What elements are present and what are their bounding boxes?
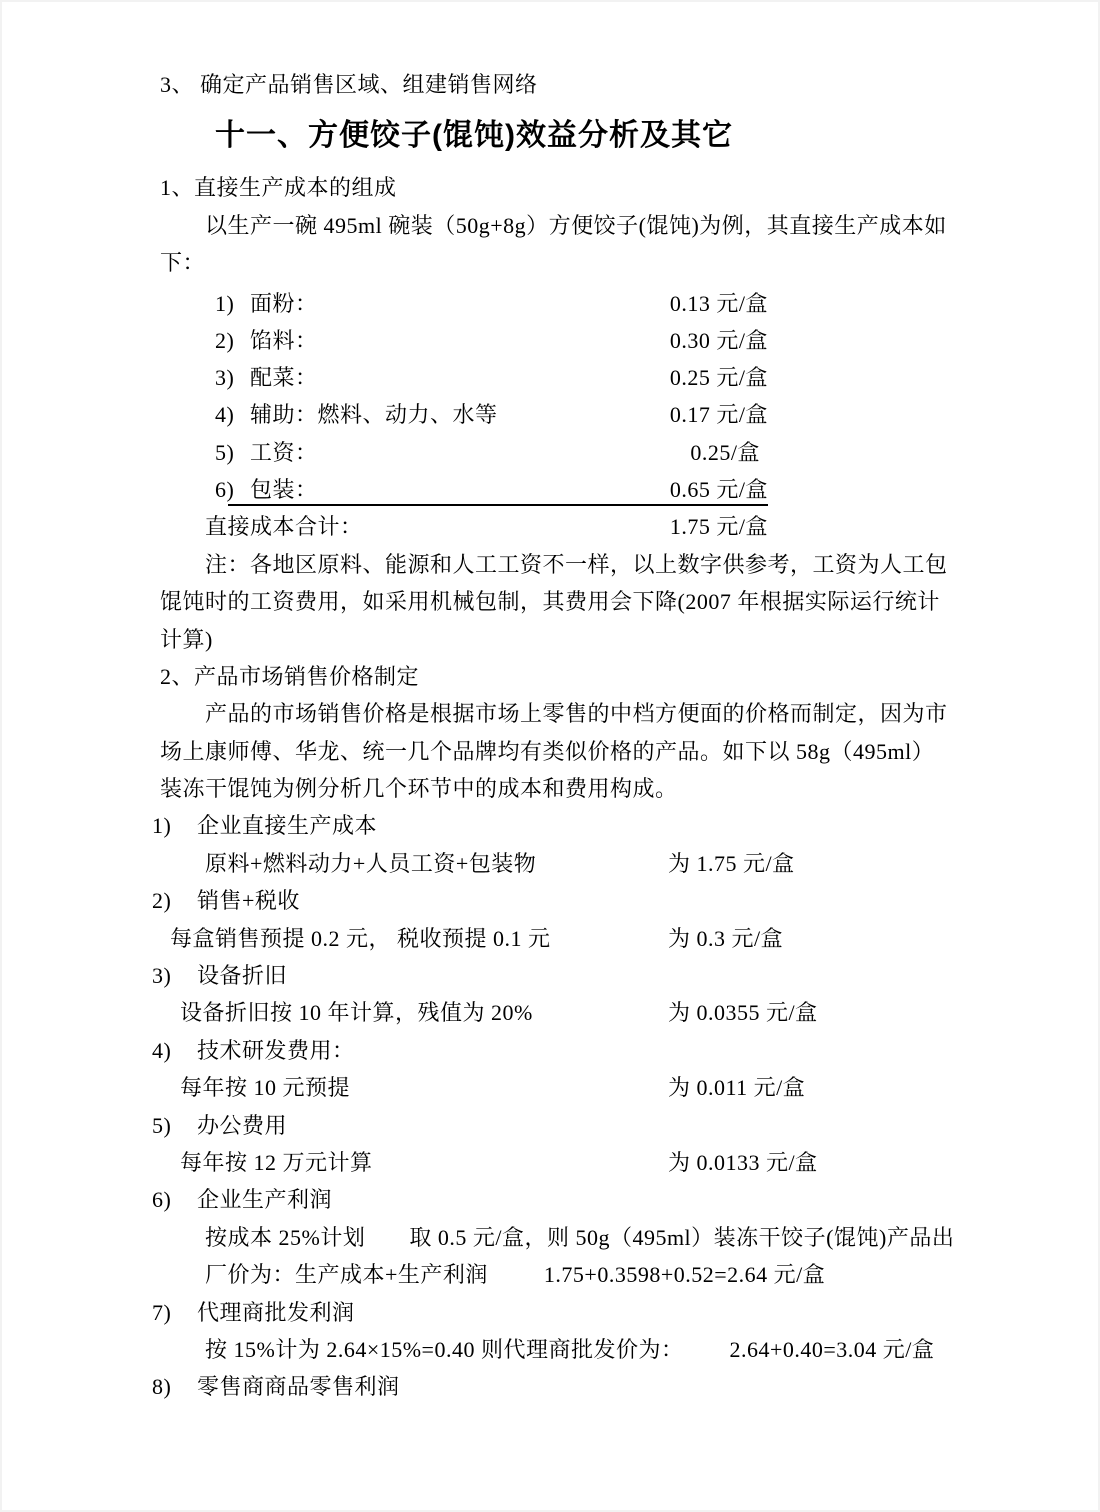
- analysis-item-3-detail: 设备折旧按 10 年计算，残值为 20% 为 0.0355 元/盒: [160, 994, 980, 1031]
- item-number: 8): [152, 1368, 197, 1405]
- item-number: 3): [152, 957, 197, 994]
- document-page: 3、 确定产品销售区域、组建销售网络 十一、方便饺子(馄饨)效益分析及其它 1、…: [0, 0, 1100, 1512]
- cost-row-value: 0.25/盒: [690, 434, 760, 471]
- cost-row-value: 0.17 元/盒: [670, 396, 768, 433]
- analysis-item-1-head: 1) 企业直接生产成本: [160, 807, 980, 844]
- cost-row-number: 3): [215, 359, 250, 396]
- cost-row-label: 辅助：燃料、动力、水等: [250, 396, 498, 433]
- item-detail-right: 1.75+0.3598+0.52=2.64 元/盒: [544, 1262, 825, 1287]
- analysis-item-6-head: 6) 企业生产利润: [160, 1181, 980, 1218]
- cost-row-packaging: 6) 包装： 0.65 元/盒: [160, 471, 768, 508]
- cost-row-label: 馅料：: [250, 322, 318, 359]
- cost-row-wages: 5) 工资： 0.25/盒: [160, 434, 768, 471]
- cost-row-flour: 1) 面粉： 0.13 元/盒: [160, 285, 768, 322]
- item-detail-left: 按成本 25%计划: [205, 1225, 365, 1250]
- analysis-item-3-head: 3) 设备折旧: [160, 957, 980, 994]
- item-detail-right: 取 0.5 元/盒，则 50g（495ml）装冻干饺子(馄饨)产品出: [409, 1225, 954, 1250]
- cost-row-value: 0.13 元/盒: [670, 285, 768, 322]
- cost-row-auxiliary: 4) 辅助：燃料、动力、水等 0.17 元/盒: [160, 396, 768, 433]
- cost-row-value: 0.65 元/盒: [670, 471, 768, 508]
- note-line3: 计算): [160, 621, 980, 658]
- item-number: 1): [152, 807, 197, 844]
- item-detail-right: 2.64+0.40=3.04 元/盒: [729, 1337, 934, 1362]
- note-line2: 馄饨时的工资费用，如采用机械包制，其费用会下降(2007 年根据实际运行统计: [160, 583, 980, 620]
- item-title: 设备折旧: [197, 957, 287, 994]
- item-title: 零售商商品零售利润: [197, 1368, 400, 1405]
- cost-row-number: 2): [215, 322, 250, 359]
- item-title: 代理商批发利润: [197, 1294, 355, 1331]
- list-item-3-sales-region: 3、 确定产品销售区域、组建销售网络: [160, 66, 980, 103]
- item-value: 为 0.0355 元/盒: [668, 994, 818, 1031]
- note-line1: 注：各地区原料、能源和人工工资不一样，以上数字供参考，工资为人工包: [160, 546, 980, 583]
- analysis-item-6-line1: 按成本 25%计划 取 0.5 元/盒，则 50g（495ml）装冻干饺子(馄饨…: [160, 1219, 980, 1256]
- analysis-item-6-line2: 厂价为：生产成本+生产利润 1.75+0.3598+0.52=2.64 元/盒: [160, 1256, 980, 1293]
- section1-intro-line2: 下：: [160, 244, 980, 281]
- cost-row-number: 1): [215, 285, 250, 322]
- section2-intro-line1: 产品的市场销售价格是根据市场上零售的中档方便面的价格而制定，因为市: [160, 695, 980, 732]
- item-detail-left: 按 15%计为 2.64×15%=0.40 则代理商批发价为：: [205, 1337, 683, 1362]
- analysis-item-4-head: 4) 技术研发费用：: [160, 1032, 980, 1069]
- section2-title: 2、产品市场销售价格制定: [160, 658, 980, 695]
- cost-total-value: 1.75 元/盒: [670, 508, 768, 545]
- section2-intro-line3: 装冻干馄饨为例分析几个环节中的成本和费用构成。: [160, 770, 980, 807]
- item-number: 4): [152, 1032, 197, 1069]
- sum-rule-line: [228, 504, 768, 506]
- item-value: 为 1.75 元/盒: [668, 845, 795, 882]
- item-number: 7): [152, 1294, 197, 1331]
- analysis-item-2-detail: 每盒销售预提 0.2 元， 税收预提 0.1 元 为 0.3 元/盒: [160, 920, 980, 957]
- item-title: 销售+税收: [197, 882, 300, 919]
- item-value: 为 0.3 元/盒: [668, 920, 783, 957]
- analysis-item-8-head: 8) 零售商商品零售利润: [160, 1368, 980, 1405]
- page-title: 十一、方便饺子(馄饨)效益分析及其它: [215, 113, 980, 159]
- cost-total-label: 直接成本合计：: [205, 508, 363, 545]
- item-title: 企业直接生产成本: [197, 807, 377, 844]
- cost-row-label: 配菜：: [250, 359, 318, 396]
- item-number: 5): [152, 1107, 197, 1144]
- cost-row-value: 0.30 元/盒: [670, 322, 768, 359]
- item-detail-left: 厂价为：生产成本+生产利润: [205, 1262, 488, 1287]
- item-title: 办公费用: [197, 1107, 287, 1144]
- cost-row-number: 5): [215, 434, 250, 471]
- analysis-item-1-detail: 原料+燃料动力+人员工资+包装物 为 1.75 元/盒: [160, 845, 980, 882]
- item-title: 企业生产利润: [197, 1181, 332, 1218]
- item-title: 技术研发费用：: [197, 1032, 355, 1069]
- analysis-item-2-head: 2) 销售+税收: [160, 882, 980, 919]
- cost-row-label: 面粉：: [250, 285, 318, 322]
- item-detail: 设备折旧按 10 年计算，残值为 20%: [180, 1000, 533, 1025]
- cost-row-side-dish: 3) 配菜： 0.25 元/盒: [160, 359, 768, 396]
- analysis-item-5-head: 5) 办公费用: [160, 1107, 980, 1144]
- analysis-item-4-detail: 每年按 10 元预提 为 0.011 元/盒: [160, 1069, 980, 1106]
- item-detail: 每年按 12 万元计算: [180, 1150, 373, 1175]
- cost-row-filling: 2) 馅料： 0.30 元/盒: [160, 322, 768, 359]
- cost-row-label: 包装：: [250, 471, 318, 508]
- analysis-item-5-detail: 每年按 12 万元计算 为 0.0133 元/盒: [160, 1144, 980, 1181]
- item-number: 6): [152, 1181, 197, 1218]
- item-detail: 每盒销售预提 0.2 元， 税收预提 0.1 元: [170, 926, 551, 951]
- item-detail: 每年按 10 元预提: [180, 1075, 350, 1100]
- cost-row-number: 4): [215, 396, 250, 433]
- section2-intro-line2: 场上康师傅、华龙、统一几个品牌均有类似价格的产品。如下以 58g（495ml）: [160, 733, 980, 770]
- analysis-item-7-head: 7) 代理商批发利润: [160, 1294, 980, 1331]
- direct-cost-table: 1) 面粉： 0.13 元/盒 2) 馅料： 0.30 元/盒 3) 配菜： 0…: [160, 285, 768, 546]
- cost-total-row: 直接成本合计： 1.75 元/盒: [160, 508, 768, 545]
- cost-row-label: 工资：: [250, 434, 318, 471]
- item-detail: 原料+燃料动力+人员工资+包装物: [205, 851, 536, 876]
- cost-row-number: 6): [215, 471, 250, 508]
- analysis-item-7-line1: 按 15%计为 2.64×15%=0.40 则代理商批发价为： 2.64+0.4…: [160, 1331, 980, 1368]
- item-value: 为 0.0133 元/盒: [668, 1144, 818, 1181]
- item-value: 为 0.011 元/盒: [668, 1069, 805, 1106]
- item-number: 2): [152, 882, 197, 919]
- section1-title: 1、直接生产成本的组成: [160, 169, 980, 206]
- section1-intro-line1: 以生产一碗 495ml 碗装（50g+8g）方便饺子(馄饨)为例，其直接生产成本…: [160, 207, 980, 244]
- cost-row-value: 0.25 元/盒: [670, 359, 768, 396]
- document-content: 3、 确定产品销售区域、组建销售网络 十一、方便饺子(馄饨)效益分析及其它 1、…: [0, 66, 1100, 1406]
